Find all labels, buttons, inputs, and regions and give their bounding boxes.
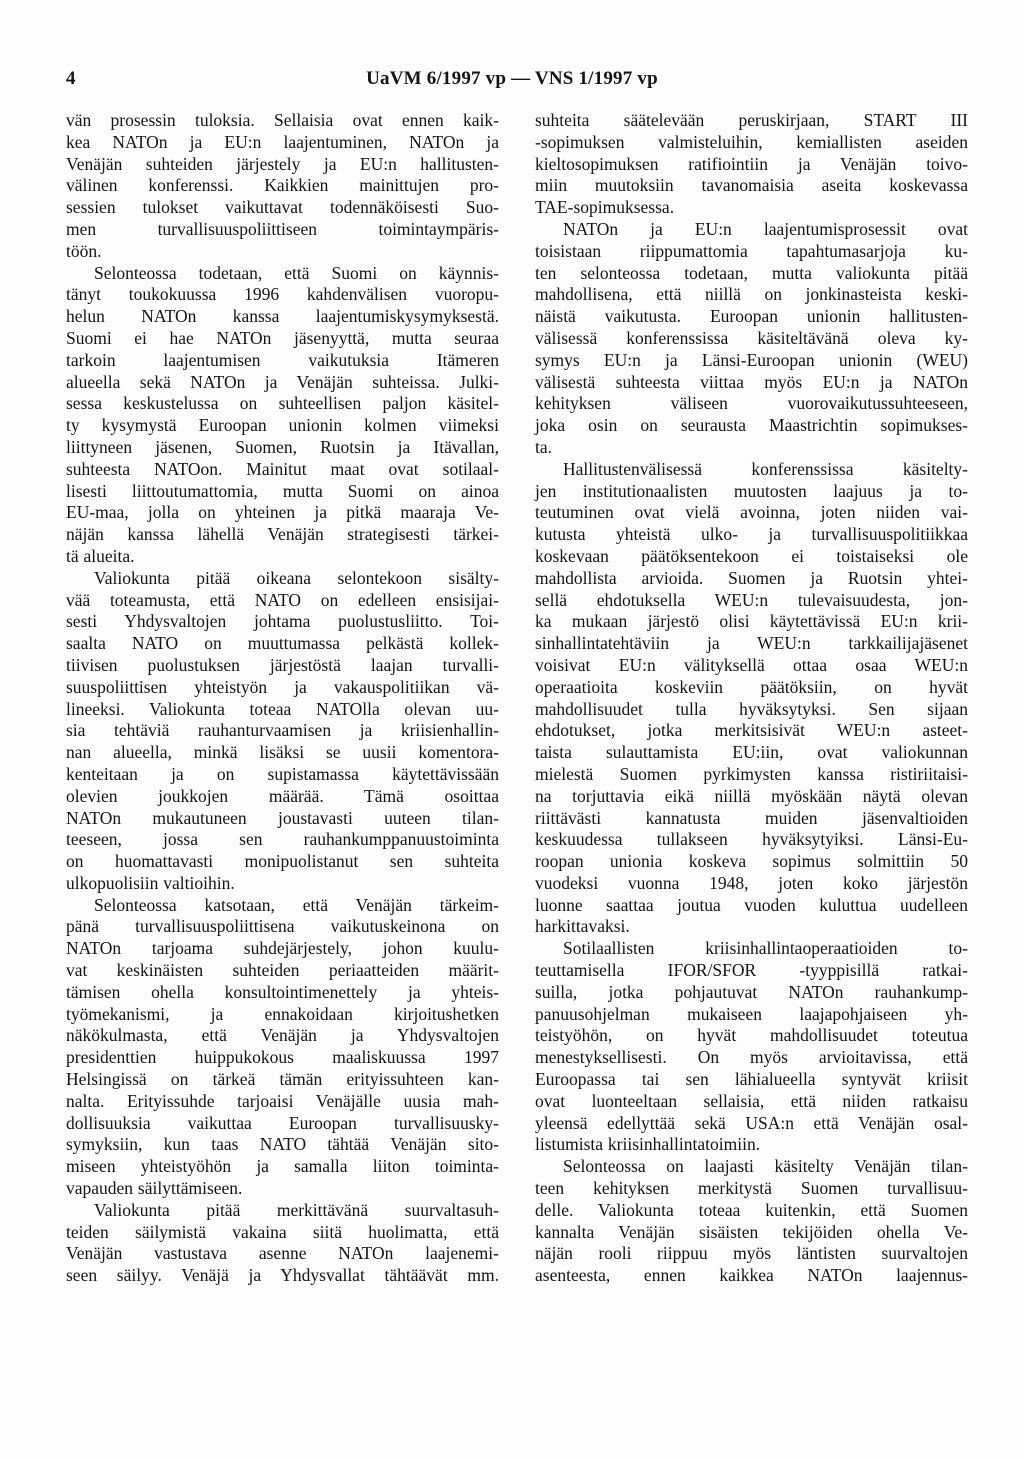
text-line: suilla, jotka pohjautuvat NATOn rauhanku… [535,982,968,1004]
text-line: keskuudessa tullakseen hyväksytyiksi. Lä… [535,829,968,851]
text-line: yleensä edellyttää sekä USA:n että Venäj… [535,1113,968,1135]
text-line: näistä vaikutusta. Euroopan unionin hall… [535,306,968,328]
text-line: alueella sekä NATOn ja Venäjän suhteissa… [66,372,499,394]
text-line: presidenttien huippukokous maaliskuussa … [66,1047,499,1069]
text-line: sesti Yhdysvaltojen johtama puolustuslii… [66,611,499,633]
text-line: men turvallisuuspoliittiseen toimintaymp… [66,219,499,241]
text-line: suhteesta NATOon. Mainitut maat ovat sot… [66,459,499,481]
text-line: ka mukaan järjestö olisi käytettävissä E… [535,611,968,633]
page-header: 4 UaVM 6/1997 vp — VNS 1/1997 vp [0,68,1024,94]
text-line: Selonteossa katsotaan, että Venäjän tärk… [66,895,499,917]
text-line: Suomi ei hae NATOn jäsenyyttä, mutta seu… [66,328,499,350]
text-line: miin muutoksiin tavanomaisia aseita kosk… [535,175,968,197]
text-line: Euroopassa tai sen lähialueella syntyvät… [535,1069,968,1091]
text-line: teen kehityksen merkitystä Suomen turval… [535,1178,968,1200]
text-line: välisessä konferenssissa käsiteltävänä o… [535,328,968,350]
text-line: symyksiin, kun taas NATO tähtää Venäjän … [66,1134,499,1156]
text-line: listumista kriisinhallintatoimiin. [535,1134,968,1156]
text-line: sinhallintatehtäviin ja WEU:n tarkkailij… [535,633,968,655]
document-page: 4 UaVM 6/1997 vp — VNS 1/1997 vp vän pro… [0,0,1024,1460]
text-line: mielestä Suomen pyrkimysten kanssa risti… [535,764,968,786]
text-line: asenteesta, ennen kaikkea NATOn laajennu… [535,1265,968,1287]
text-line: välinen konferenssi. Kaikkien mainittuje… [66,175,499,197]
text-line: vää toteamusta, että NATO on edelleen en… [66,590,499,612]
text-line: teistyöhön, on hyvät mahdollisuudet tote… [535,1025,968,1047]
text-line: on huomattavasti monipuolistanut sen suh… [66,851,499,873]
text-line: Sotilaallisten kriisinhallintaoperaatioi… [535,938,968,960]
text-line: helun NATOn kanssa laajentumiskysymykses… [66,306,499,328]
text-line: taista sulauttamista EU:iin, ovat valiok… [535,742,968,764]
text-line: ten selonteossa todetaan, mutta valiokun… [535,263,968,285]
text-line: Selonteossa on laajasti käsitelty Venäjä… [535,1156,968,1178]
text-line: harkittavaksi. [535,916,968,938]
text-line: Venäjän suhteiden järjestely ja EU:n hal… [66,154,499,176]
paragraph: NATOn ja EU:n laajentumisprosessit ovatt… [535,219,968,459]
text-line: NATOn ja EU:n laajentumisprosessit ovat [535,219,968,241]
text-line: työmekanismi, ja ennakoidaan kirjoitushe… [66,1004,499,1026]
paragraph: suhteita säätelevään peruskirjaan, START… [535,110,968,219]
text-line: sessa keskustelussa on suhteellisen palj… [66,393,499,415]
text-line: na torjuttavia eikä niillä myöskään näyt… [535,786,968,808]
text-line: -sopimuksen valmisteluihin, kemiallisten… [535,132,968,154]
text-line: ta. [535,437,968,459]
text-line: toisistaan riippumattomia tapahtumasarjo… [535,241,968,263]
text-line: Venäjän vastustava asenne NATOn laajenem… [66,1243,499,1265]
paragraph: Valiokunta pitää oikeana selontekoon sis… [66,568,499,895]
text-line: kannalta Venäjän sisäisten tekijöiden oh… [535,1222,968,1244]
text-line: kenteitaan ja on supistamassa käytettävi… [66,764,499,786]
paragraph: Hallitustenvälisessä konferenssissa käsi… [535,459,968,939]
text-line: joka osin on seurausta Maastrichtin sopi… [535,415,968,437]
paragraph: Sotilaallisten kriisinhallintaoperaatioi… [535,938,968,1156]
text-line: teutuminen ovat vielä avoinna, joten nii… [535,502,968,524]
text-line: pänä turvallisuuspoliittisena vaikutuske… [66,916,499,938]
text-line: NATOn tarjoama suhdejärjestely, johon ku… [66,938,499,960]
text-line: näkökulmasta, että Venäjän ja Yhdysvalto… [66,1025,499,1047]
text-line: kieltosopimuksen ratifiointiin ja Venäjä… [535,154,968,176]
text-line: Valiokunta pitää oikeana selontekoon sis… [66,568,499,590]
text-line: saalta NATO on muuttumassa pelkästä koll… [66,633,499,655]
text-line: näjän kanssa lähellä Venäjän strategises… [66,524,499,546]
text-line: voisivat EU:n välityksellä ottaa osaa WE… [535,655,968,677]
text-line: roopan unionia koskeva sopimus solmittii… [535,851,968,873]
text-line: välisestä suhteesta viittaa myös EU:n ja… [535,372,968,394]
paragraph: Valiokunta pitää merkittävänä suurvaltas… [66,1200,499,1287]
text-line: liittyneen jäsenen, Suomen, Ruotsin ja I… [66,437,499,459]
text-line: vat keskinäisten suhteiden periaatteiden… [66,960,499,982]
text-line: suhteita säätelevään peruskirjaan, START… [535,110,968,132]
text-line: Selonteossa todetaan, että Suomi on käyn… [66,263,499,285]
text-line: Helsingissä on tärkeä tämän erityissuhte… [66,1069,499,1091]
text-line: ovat luonteeltaan sellaisia, että niiden… [535,1091,968,1113]
text-line: ehdotukset, jotka merkitsisivät WEU:n as… [535,720,968,742]
text-line: tä alueita. [66,546,499,568]
text-line: tämisen ohella konsultointimenettely ja … [66,982,499,1004]
text-line: koskevaan päätöksentekoon ei toistaiseks… [535,546,968,568]
text-line: operaatioita koskeviin päätöksiin, on hy… [535,677,968,699]
text-line: kea NATOn ja EU:n laajentuminen, NATOn j… [66,132,499,154]
paragraph: Selonteossa katsotaan, että Venäjän tärk… [66,895,499,1200]
text-line: Valiokunta pitää merkittävänä suurvaltas… [66,1200,499,1222]
text-line: EU-maa, jolla on yhteinen ja pitkä maara… [66,502,499,524]
text-line: sia tehtäviä rauhanturvaamisen ja kriisi… [66,720,499,742]
text-line: luonne saattaa joutua vuoden kuluttua uu… [535,895,968,917]
right-text-column: suhteita säätelevään peruskirjaan, START… [535,110,968,1287]
text-line: lisesti liittoutumattomia, mutta Suomi o… [66,481,499,503]
text-line: töön. [66,241,499,263]
left-text-column: vän prosessin tuloksia. Sellaisia ovat e… [66,110,499,1287]
text-line: kutusta yhteistä ulko- ja turvallisuuspo… [535,524,968,546]
text-line: teuttamisella IFOR/SFOR -tyyppisillä rat… [535,960,968,982]
text-line: dollisuuksia vaikuttaa Euroopan turvalli… [66,1113,499,1135]
text-line: teeseen, jossa sen rauhankumppanuustoimi… [66,829,499,851]
text-line: tiivisen puolustuksen järjestöstä laajan… [66,655,499,677]
text-line: mahdollista arvioida. Suomen ja Ruotsin … [535,568,968,590]
text-line: tänyt toukokuussa 1996 kahdenvälisen vuo… [66,284,499,306]
page-header-title: UaVM 6/1997 vp — VNS 1/1997 vp [0,68,1024,90]
text-line: vapauden säilyttämiseen. [66,1178,499,1200]
paragraph: Selonteossa on laajasti käsitelty Venäjä… [535,1156,968,1287]
text-line: ty kysymystä Euroopan unionin kolmen vii… [66,415,499,437]
text-line: olevien joukkojen määrää. Tämä osoittaa [66,786,499,808]
text-line: panuusohjelman mukaiseen laajapohjaiseen… [535,1004,968,1026]
text-line: menestyksellisesti. On myös arvioitaviss… [535,1047,968,1069]
text-line: jen institutionaalisten muutosten laajuu… [535,481,968,503]
text-line: teiden säilymistä vakaina siitä huolimat… [66,1222,499,1244]
text-line: sellä ehdotuksella WEU:n tulevaisuudesta… [535,590,968,612]
text-columns: vän prosessin tuloksia. Sellaisia ovat e… [66,110,968,1287]
text-line: mahdollisena, että niillä on jonkinastei… [535,284,968,306]
text-line: ulkopuolisiin valtioihin. [66,873,499,895]
text-line: symys EU:n ja Länsi-Euroopan unionin (WE… [535,350,968,372]
text-line: suuspoliittisen yhteistyön ja vakauspoli… [66,677,499,699]
text-line: TAE-sopimuksessa. [535,197,968,219]
paragraph: vän prosessin tuloksia. Sellaisia ovat e… [66,110,499,263]
text-line: Hallitustenvälisessä konferenssissa käsi… [535,459,968,481]
text-line: näjän rooli riippuu myös läntisten suurv… [535,1243,968,1265]
text-line: nalta. Erityissuhde tarjoaisi Venäjälle … [66,1091,499,1113]
text-line: riittävästi kannatusta muiden jäsenvalti… [535,808,968,830]
text-line: lineeksi. Valiokunta toteaa NATOlla olev… [66,699,499,721]
text-line: kehityksen väliseen vuorovaikutussuhtees… [535,393,968,415]
text-line: vän prosessin tuloksia. Sellaisia ovat e… [66,110,499,132]
text-line: NATOn mukautuneen joustavasti uuteen til… [66,808,499,830]
text-line: nan alueella, minkä lisäksi se uusii kom… [66,742,499,764]
text-line: miseen yhteistyöhön ja samalla liiton to… [66,1156,499,1178]
text-line: vuodeksi vuonna 1948, joten koko järjest… [535,873,968,895]
text-line: sessien tulokset vaikuttavat todennäköis… [66,197,499,219]
text-line: tarkoin laajentumisen vaikutuksia Itämer… [66,350,499,372]
paragraph: Selonteossa todetaan, että Suomi on käyn… [66,263,499,568]
text-line: mahdollisuudet tulla hyväksytyksi. Sen s… [535,699,968,721]
text-line: delle. Valiokunta toteaa kuitenkin, että… [535,1200,968,1222]
text-line: seen säilyy. Venäjä ja Yhdysvallat tähtä… [66,1265,499,1287]
